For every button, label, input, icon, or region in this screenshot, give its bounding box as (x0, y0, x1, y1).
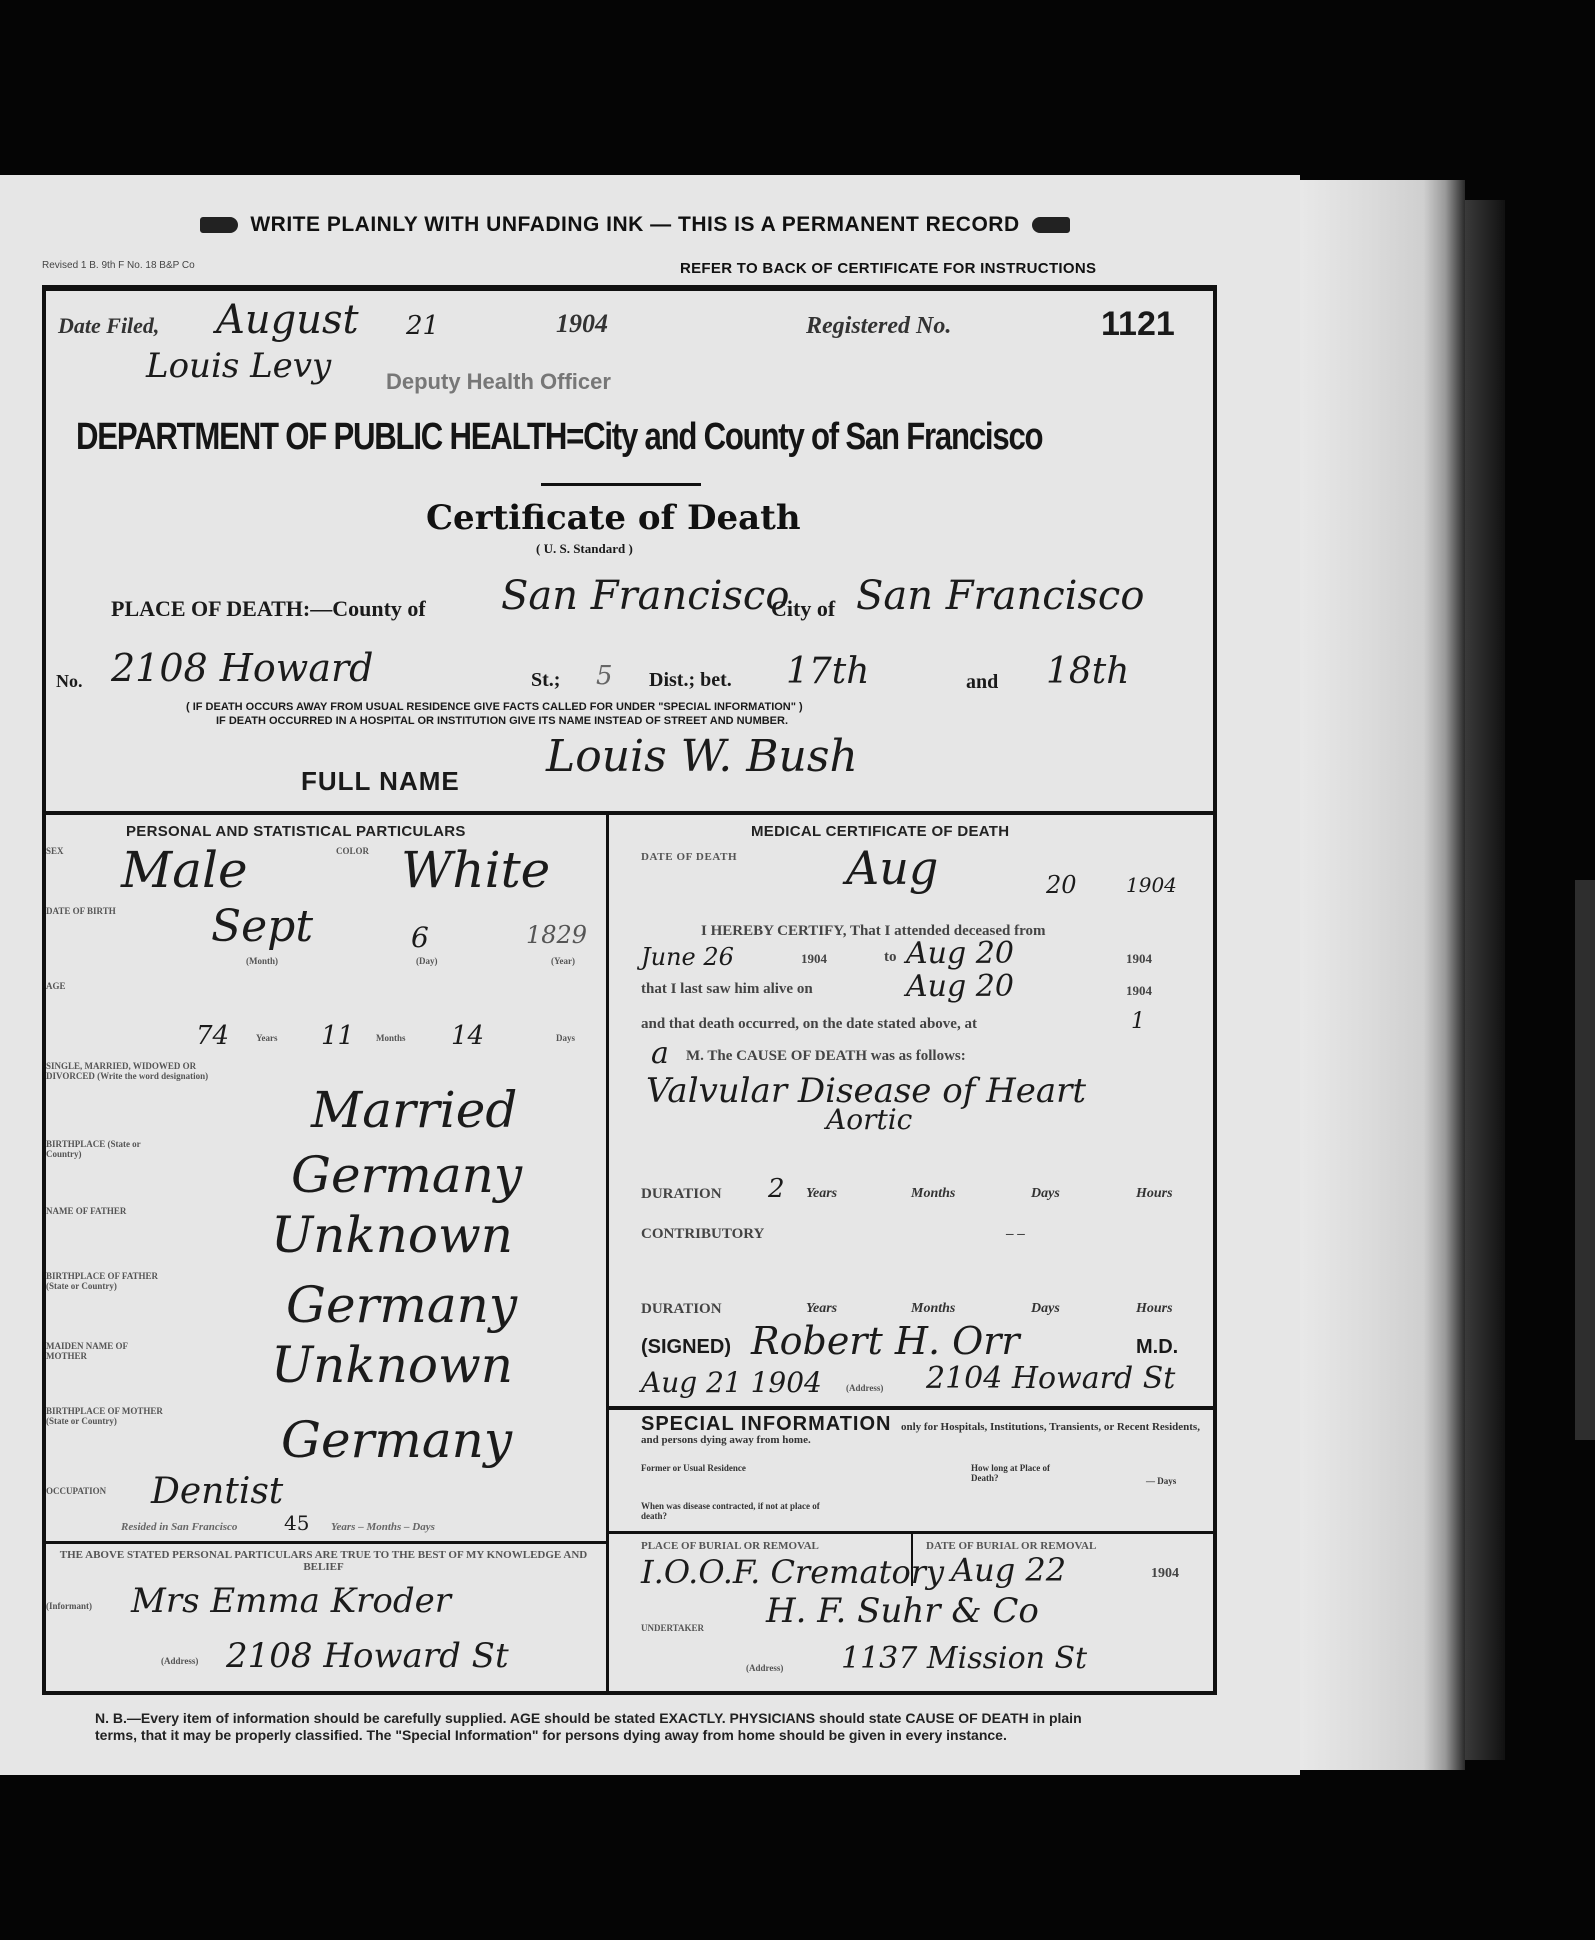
full-name-value: Louis W. Bush (546, 731, 858, 782)
how-long-label: How long at Place of Death? (971, 1463, 1071, 1483)
officer-signature: Louis Levy (146, 346, 331, 386)
undertaker-name: H. F. Suhr & Co (766, 1591, 1039, 1631)
county-value: San Francisco (501, 573, 789, 619)
last-seen-year: 1904 (1126, 983, 1152, 999)
color-value: White (401, 841, 550, 899)
former-residence-label: Former or Usual Residence (641, 1463, 751, 1473)
dob-day-caption: (Day) (416, 956, 438, 966)
district-number: 5 (596, 661, 613, 691)
date-filed-year: 1904 (556, 309, 608, 339)
certificate-title: Certificate of Death (426, 498, 801, 538)
occupation-value: Dentist (151, 1471, 283, 1512)
between-street-2: 18th (1046, 651, 1129, 692)
age-label: AGE (46, 981, 66, 991)
dob-label: DATE OF BIRTH (46, 906, 116, 916)
duration-2-years-caption: Years (806, 1301, 837, 1317)
resided-years: 45 (284, 1511, 309, 1535)
marital-label: SINGLE, MARRIED, WIDOWED OR DIVORCED (Wr… (46, 1061, 246, 1081)
date-filed-day: 21 (406, 311, 439, 341)
duration-2-hours-caption: Hours (1136, 1301, 1173, 1317)
age-days: 14 (451, 1021, 484, 1051)
department-title: DEPARTMENT OF PUBLIC HEALTH=City and Cou… (76, 416, 1042, 459)
burial-place: I.O.O.F. Crematory (641, 1553, 944, 1591)
md-label: M.D. (1136, 1336, 1178, 1359)
dob-year-caption: (Year) (551, 956, 575, 966)
medical-heading: MEDICAL CERTIFICATE OF DEATH (751, 823, 1009, 840)
personal-heading: PERSONAL AND STATISTICAL PARTICULARS (126, 823, 466, 840)
death-hour: 1 (1131, 1009, 1145, 1034)
cause-secondary: Aortic (826, 1103, 912, 1136)
ink-banner: WRITE PLAINLY WITH UNFADING INK — THIS I… (95, 213, 1175, 237)
printer-mark: Revised 1 B. 9th F No. 18 B&P Co (42, 260, 195, 271)
undertaker-address-label: (Address) (746, 1663, 783, 1673)
undertaker-address: 1137 Mission St (841, 1641, 1087, 1676)
book-spine (1575, 880, 1595, 1440)
mother-birthplace-label: BIRTHPLACE OF MOTHER (State or Country) (46, 1406, 176, 1426)
attended-to-year: 1904 (1126, 951, 1152, 967)
informant-label: (Informant) (46, 1601, 92, 1611)
age-days-caption: Days (556, 1033, 575, 1043)
age-months: 11 (321, 1021, 354, 1051)
duration-days-caption: Days (1031, 1186, 1060, 1202)
contributory-label: CONTRIBUTORY (641, 1226, 764, 1243)
instructions-note: REFER TO BACK OF CERTIFICATE FOR INSTRUC… (680, 260, 1096, 277)
father-birthplace-label: BIRTHPLACE OF FATHER (State or Country) (46, 1271, 176, 1291)
father-value: Unknown (271, 1206, 513, 1264)
to-label: to (884, 949, 897, 966)
registered-label: Registered No. (806, 313, 951, 340)
burial-date-label: DATE OF BURIAL OR REMOVAL (926, 1541, 1096, 1551)
meridiem: a (651, 1036, 669, 1071)
attended-from: June 26 (641, 943, 734, 971)
last-seen-text: that I last saw him alive on (641, 981, 813, 998)
officer-title: Deputy Health Officer (386, 369, 611, 395)
undertaker-label: UNDERTAKER (641, 1623, 704, 1633)
between-street-1: 17th (786, 651, 869, 692)
mother-birthplace-value: Germany (281, 1411, 512, 1469)
how-long-value: — Days (1146, 1476, 1176, 1486)
attended-to: Aug 20 (906, 936, 1014, 971)
special-divider (609, 1406, 1213, 1410)
physician-address-label: (Address) (846, 1383, 883, 1393)
burial-date: Aug 22 (951, 1551, 1066, 1589)
st-label: St.; (531, 669, 560, 692)
burial-year: 1904 (1151, 1566, 1179, 1582)
last-seen-date: Aug 20 (906, 969, 1014, 1004)
dob-day: 6 (411, 921, 429, 954)
no-label: No. (56, 671, 83, 692)
book-page-edges (1300, 180, 1465, 1770)
signed-label: (SIGNED) (641, 1336, 731, 1359)
duration-2-days-caption: Days (1031, 1301, 1060, 1317)
duration-hours-caption: Hours (1136, 1186, 1173, 1202)
age-months-caption: Months (376, 1033, 406, 1043)
date-of-death-label: DATE OF DEATH (641, 851, 737, 863)
city-label: City of (771, 596, 835, 622)
institution-note: IF DEATH OCCURRED IN A HOSPITAL OR INSTI… (216, 715, 788, 727)
banner-text: WRITE PLAINLY WITH UNFADING INK — THIS I… (250, 213, 1019, 236)
date-of-death-month: Aug (846, 841, 938, 895)
date-filed-label: Date Filed, (58, 313, 159, 339)
informant-statement: THE ABOVE STATED PERSONAL PARTICULARS AR… (46, 1549, 601, 1573)
section-divider (46, 811, 1213, 815)
resided-label: Resided in San Francisco (121, 1521, 237, 1533)
date-of-death-year: 1904 (1126, 873, 1177, 897)
occupation-label: OCCUPATION (46, 1486, 106, 1496)
father-label: NAME OF FATHER (46, 1206, 136, 1216)
date-of-death-day: 20 (1046, 871, 1077, 899)
burial-place-label: PLACE OF BURIAL OR REMOVAL (641, 1541, 819, 1551)
age-years: 74 (196, 1021, 229, 1051)
sex-label: SEX (46, 846, 64, 856)
mother-label: MAIDEN NAME OF MOTHER (46, 1341, 166, 1361)
book-binding-shadow (1465, 200, 1505, 1760)
death-certificate-form: Date Filed, August 21 1904 Registered No… (42, 285, 1217, 1695)
street-address: 2108 Howard (111, 646, 373, 690)
dist-label: Dist.; bet. (649, 669, 732, 692)
age-years-caption: Years (256, 1033, 278, 1043)
dob-month-caption: (Month) (246, 956, 278, 966)
city-value: San Francisco (856, 573, 1144, 619)
resided-rest: Years – Months – Days (331, 1521, 435, 1533)
sex-value: Male (121, 841, 248, 899)
father-birthplace-value: Germany (286, 1276, 517, 1334)
cause-text: M. The CAUSE OF DEATH was as follows: (686, 1048, 966, 1065)
residence-note: ( IF DEATH OCCURS AWAY FROM USUAL RESIDE… (186, 701, 803, 713)
birthplace-value: Germany (291, 1146, 522, 1204)
disease-contracted-label: When was disease contracted, if not at p… (641, 1501, 821, 1521)
dob-year: 1829 (526, 921, 587, 949)
informant-divider (46, 1541, 606, 1544)
birthplace-label: BIRTHPLACE (State or Country) (46, 1139, 176, 1159)
signed-date: Aug 21 1904 (641, 1366, 822, 1399)
informant-address-label: (Address) (161, 1656, 198, 1666)
full-name-label: FULL NAME (301, 766, 460, 797)
special-note: only for Hospitals, Institutions, Transi… (641, 1421, 1211, 1447)
title-divider (541, 483, 701, 486)
duration-years: 2 (768, 1174, 785, 1204)
physician-signature: Robert H. Orr (751, 1319, 1020, 1363)
column-divider (606, 811, 609, 1695)
dob-month: Sept (211, 901, 313, 952)
place-of-death-label: PLACE OF DEATH:—County of (111, 596, 426, 622)
informant-address: 2108 Howard St (226, 1636, 509, 1676)
footnote: N. B.—Every item of information should b… (95, 1710, 1105, 1744)
date-filed-month: August (216, 297, 359, 343)
duration-2-label: DURATION (641, 1301, 722, 1318)
duration-label: DURATION (641, 1186, 722, 1203)
informant-name: Mrs Emma Kroder (131, 1581, 451, 1621)
and-label: and (966, 671, 998, 694)
attended-from-year: 1904 (801, 951, 827, 967)
occurred-text: and that death occurred, on the date sta… (641, 1016, 977, 1033)
mother-value: Unknown (271, 1336, 513, 1394)
color-label: COLOR (336, 846, 369, 856)
us-standard: ( U. S. Standard ) (536, 541, 633, 557)
pointing-hand-icon (1032, 217, 1070, 233)
duration-months-caption: Months (911, 1186, 955, 1202)
registered-number: 1121 (1101, 305, 1175, 344)
duration-years-caption: Years (806, 1186, 837, 1202)
physician-address: 2104 Howard St (926, 1361, 1175, 1396)
pointing-hand-icon (200, 217, 238, 233)
duration-2-months-caption: Months (911, 1301, 955, 1317)
marital-value: Married (311, 1081, 517, 1139)
contributory-marks: – – (1006, 1226, 1025, 1243)
